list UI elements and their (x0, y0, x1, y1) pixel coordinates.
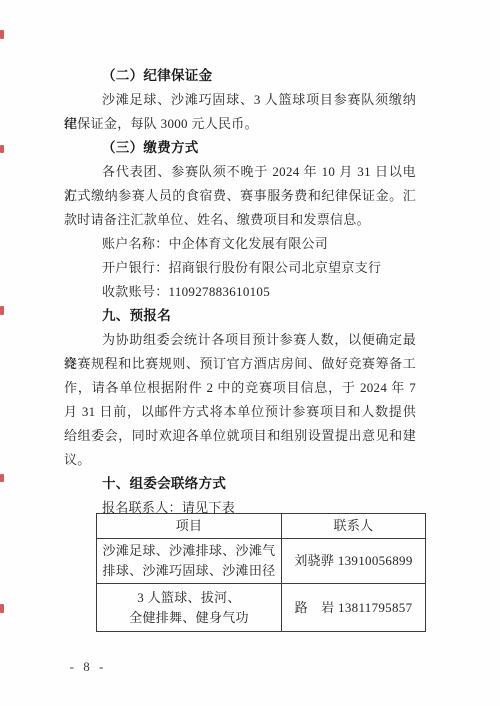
paragraph-line: 律保证金，每队 3000 元人民币。 (64, 112, 416, 136)
paragraph-line: 沙滩足球、沙滩巧固球、3 人篮球项目参赛队须缴纳纪 (64, 88, 416, 112)
section-heading-payment-method: （三）缴费方式 (64, 136, 416, 160)
document-body: （二）纪律保证金 沙滩足球、沙滩巧固球、3 人篮球项目参赛队须缴纳纪 律保证金，… (64, 64, 416, 520)
table-header-project: 项目 (97, 514, 282, 539)
paragraph-line: 月 31 日前，以邮件方式将本单位预计参赛项目和人数提供 (64, 400, 416, 424)
paragraph-line: 款时请备注汇款单位、姓名、缴费项目和发票信息。 (64, 208, 416, 232)
scan-artifact-mark (0, 30, 4, 39)
contact-table: 项目 联系人 沙滩足球、沙滩排球、沙滩气 排球、沙滩巧固球、沙滩田径 刘骁骅 1… (96, 513, 426, 632)
paragraph-line: 议。 (64, 448, 416, 472)
scan-artifact-mark (0, 306, 4, 315)
paragraph-line: 为协助组委会统计各项目预计参赛人数，以便确定最终 (64, 328, 416, 352)
table-cell-line: 3 人篮球、拔河、 (137, 588, 240, 608)
scan-artifact-mark (0, 145, 4, 153)
paragraph-line: 给组委会，同时欢迎各单位就项目和组别设置提出意见和建 (64, 424, 416, 448)
section-heading-preregistration: 九、预报名 (64, 304, 416, 328)
table-row-beach-contact-cell: 刘骁骅 13910056899 (282, 539, 425, 584)
table-cell-contact: 路 岩 13811795857 (295, 598, 413, 618)
paragraph-line: 竞赛规程和比赛规则、预订官方酒店房间、做好竞赛筹备工 (64, 352, 416, 376)
table-cell-line: 排球、沙滩巧固球、沙滩田径 (103, 561, 276, 581)
table-header-contact: 联系人 (282, 514, 425, 539)
paragraph-line: 各代表团、参赛队须不晚于 2024 年 10 月 31 日以电汇 (64, 160, 416, 184)
bank-name-line: 开户银行：招商银行股份有限公司北京望京支行 (64, 256, 416, 280)
table-row-indoor-projects-cell: 3 人篮球、拔河、 全健排舞、健身气功 (97, 584, 282, 631)
section-heading-committee-contact: 十、组委会联络方式 (64, 472, 416, 496)
section-heading-discipline-deposit: （二）纪律保证金 (64, 64, 416, 88)
scan-artifact-mark (0, 474, 4, 482)
page-number: - 8 - (58, 657, 118, 677)
scanned-document-page: （二）纪律保证金 沙滩足球、沙滩巧固球、3 人篮球项目参赛队须缴纳纪 律保证金，… (0, 0, 500, 706)
table-row-beach-projects-cell: 沙滩足球、沙滩排球、沙滩气 排球、沙滩巧固球、沙滩田径 (97, 539, 282, 584)
table-cell-line: 沙滩足球、沙滩排球、沙滩气 (103, 541, 276, 561)
table-cell-line: 全健排舞、健身气功 (129, 608, 249, 628)
table-header-label: 联系人 (334, 516, 374, 536)
paragraph-line: 作，请各单位根据附件 2 中的竞赛项目信息，于 2024 年 7 (64, 376, 416, 400)
scan-artifact-mark (0, 604, 4, 613)
table-cell-contact: 刘骁骅 13910056899 (294, 551, 412, 571)
table-header-label: 项目 (176, 516, 203, 536)
account-number-line: 收款账号：110927883610105 (64, 280, 416, 304)
paragraph-line: 方式缴纳参赛人员的食宿费、赛事服务费和纪律保证金。汇 (64, 184, 416, 208)
account-name-line: 账户名称：中企体育文化发展有限公司 (64, 232, 416, 256)
table-row-indoor-contact-cell: 路 岩 13811795857 (282, 584, 425, 631)
